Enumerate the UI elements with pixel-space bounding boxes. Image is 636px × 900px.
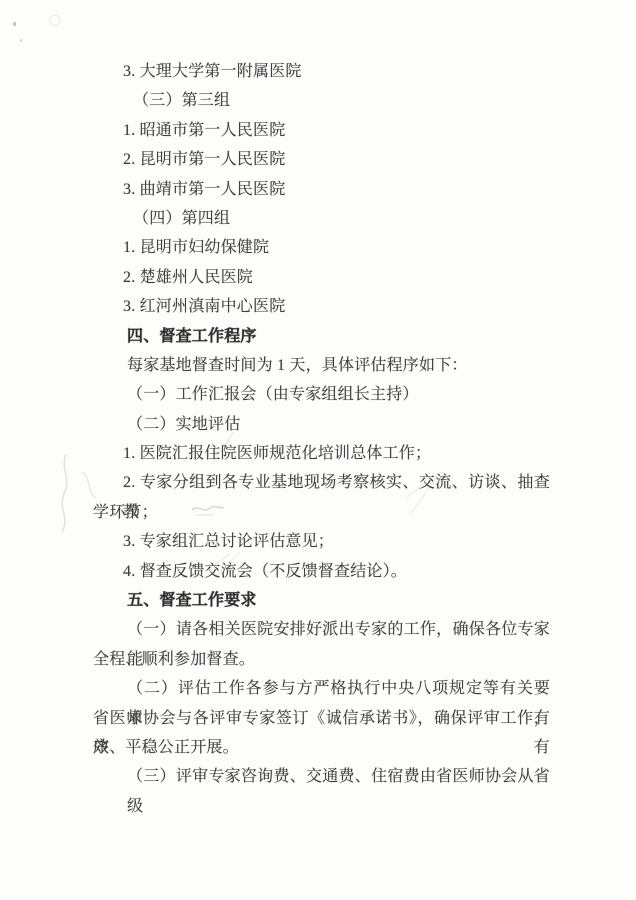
- text-line: 1. 昭通市第一人民医院: [93, 116, 550, 145]
- text-line: 省医师协会与各评审专家签订《诚信承诺书》，确保评审工作有序有: [93, 704, 550, 733]
- section-heading: 四、督查工作程序: [93, 322, 550, 351]
- text-line: （三）第三组: [93, 86, 550, 115]
- scan-speck: [20, 39, 22, 42]
- text-line: 2. 楚雄州人民医院: [93, 263, 550, 292]
- scan-speck: [13, 22, 16, 26]
- text-line: 2. 专家分组到各专业基地现场考察核实、交流、访谈、抽查教: [93, 468, 550, 497]
- text-line: 全程、顺利参加督查。: [93, 645, 550, 674]
- text-line: （一）工作汇报会（由专家组组长主持）: [93, 380, 550, 409]
- text-line: 3. 曲靖市第一人民医院: [93, 175, 550, 204]
- text-line: （三）评审专家咨询费、交通费、住宿费由省医师协会从省级: [93, 762, 550, 791]
- text-line: 1. 昆明市妇幼保健院: [93, 233, 550, 262]
- text-line: （一）请各相关医院安排好派出专家的工作，确保各位专家能: [93, 615, 550, 644]
- text-line: （四）第四组: [93, 204, 550, 233]
- scanned-document-page: 3. 大理大学第一附属医院（三）第三组1. 昭通市第一人民医院2. 昆明市第一人…: [0, 0, 636, 900]
- text-line: 3. 红河州滇南中心医院: [93, 292, 550, 321]
- text-line: 每家基地督查时间为 1 天，具体评估程序如下：: [93, 351, 550, 380]
- text-line: （二）实地评估: [93, 410, 550, 439]
- text-line: 3. 专家组汇总讨论评估意见；: [93, 527, 550, 556]
- text-line: 3. 大理大学第一附属医院: [93, 57, 550, 86]
- scan-smudge-ring: [49, 15, 61, 26]
- text-line: 4. 督查反馈交流会（不反馈督查结论）。: [93, 557, 550, 586]
- section-heading: 五、督查工作要求: [93, 586, 550, 615]
- text-line: 学环节；: [93, 498, 550, 527]
- text-line: 2. 昆明市第一人民医院: [93, 145, 550, 174]
- text-line: （二）评估工作各参与方严格执行中央八项规定等有关要求，: [93, 674, 550, 703]
- text-line: 1. 医院汇报住院医师规范化培训总体工作；: [93, 439, 550, 468]
- document-lines: 3. 大理大学第一附属医院（三）第三组1. 昭通市第一人民医院2. 昆明市第一人…: [93, 57, 550, 792]
